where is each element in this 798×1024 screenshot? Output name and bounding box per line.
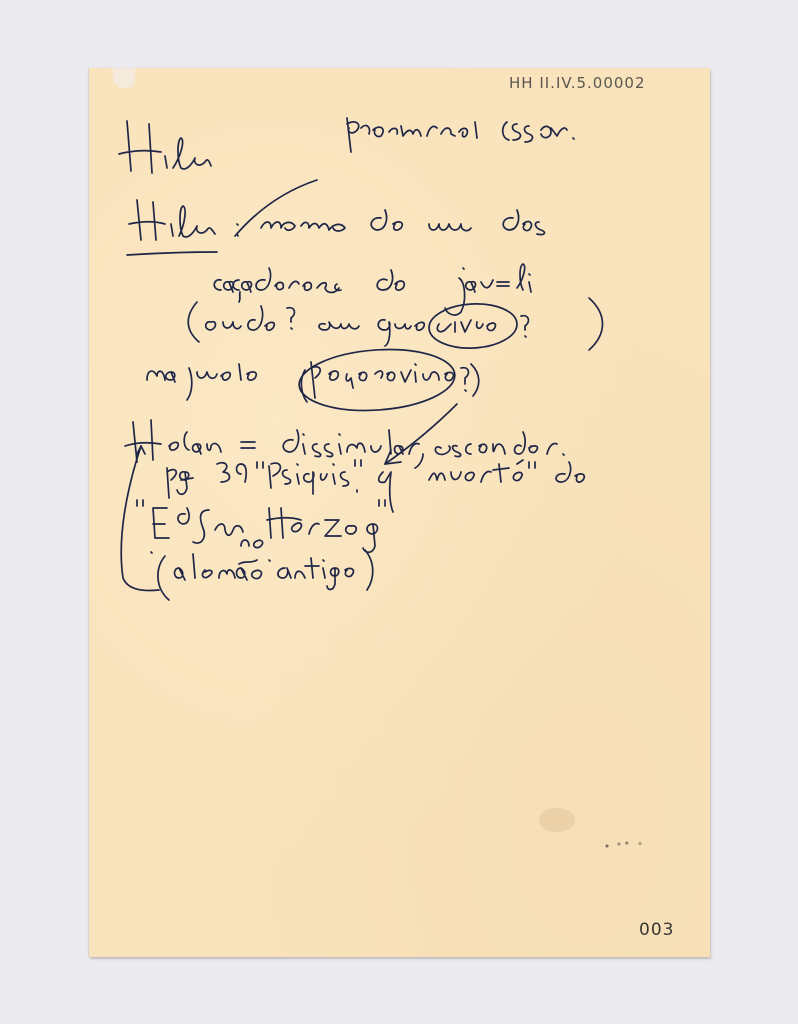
note-procurar: procurar isso. [347, 118, 502, 143]
page-number: 003 [639, 920, 674, 940]
note-line-3: (onde? em que livro?) [185, 308, 471, 338]
note-line-8: (alemão antigo) [155, 558, 346, 586]
note-line-5: Helan = dissimular, esconder. [125, 426, 519, 456]
note-line-6: pg 39 "Psiquis y muerte" de [167, 462, 534, 492]
note-title: Hilea [119, 128, 200, 163]
note-line-1: Hilea: nome de um dos [129, 208, 433, 238]
note-line-7: "Edgar Herzog" [137, 508, 346, 538]
manuscript-page: HH II.IV.5.00002 [89, 68, 710, 957]
note-line-2: caçadores de javali [211, 268, 464, 298]
note-line-4: na jaula (peregrino?) [145, 360, 422, 390]
